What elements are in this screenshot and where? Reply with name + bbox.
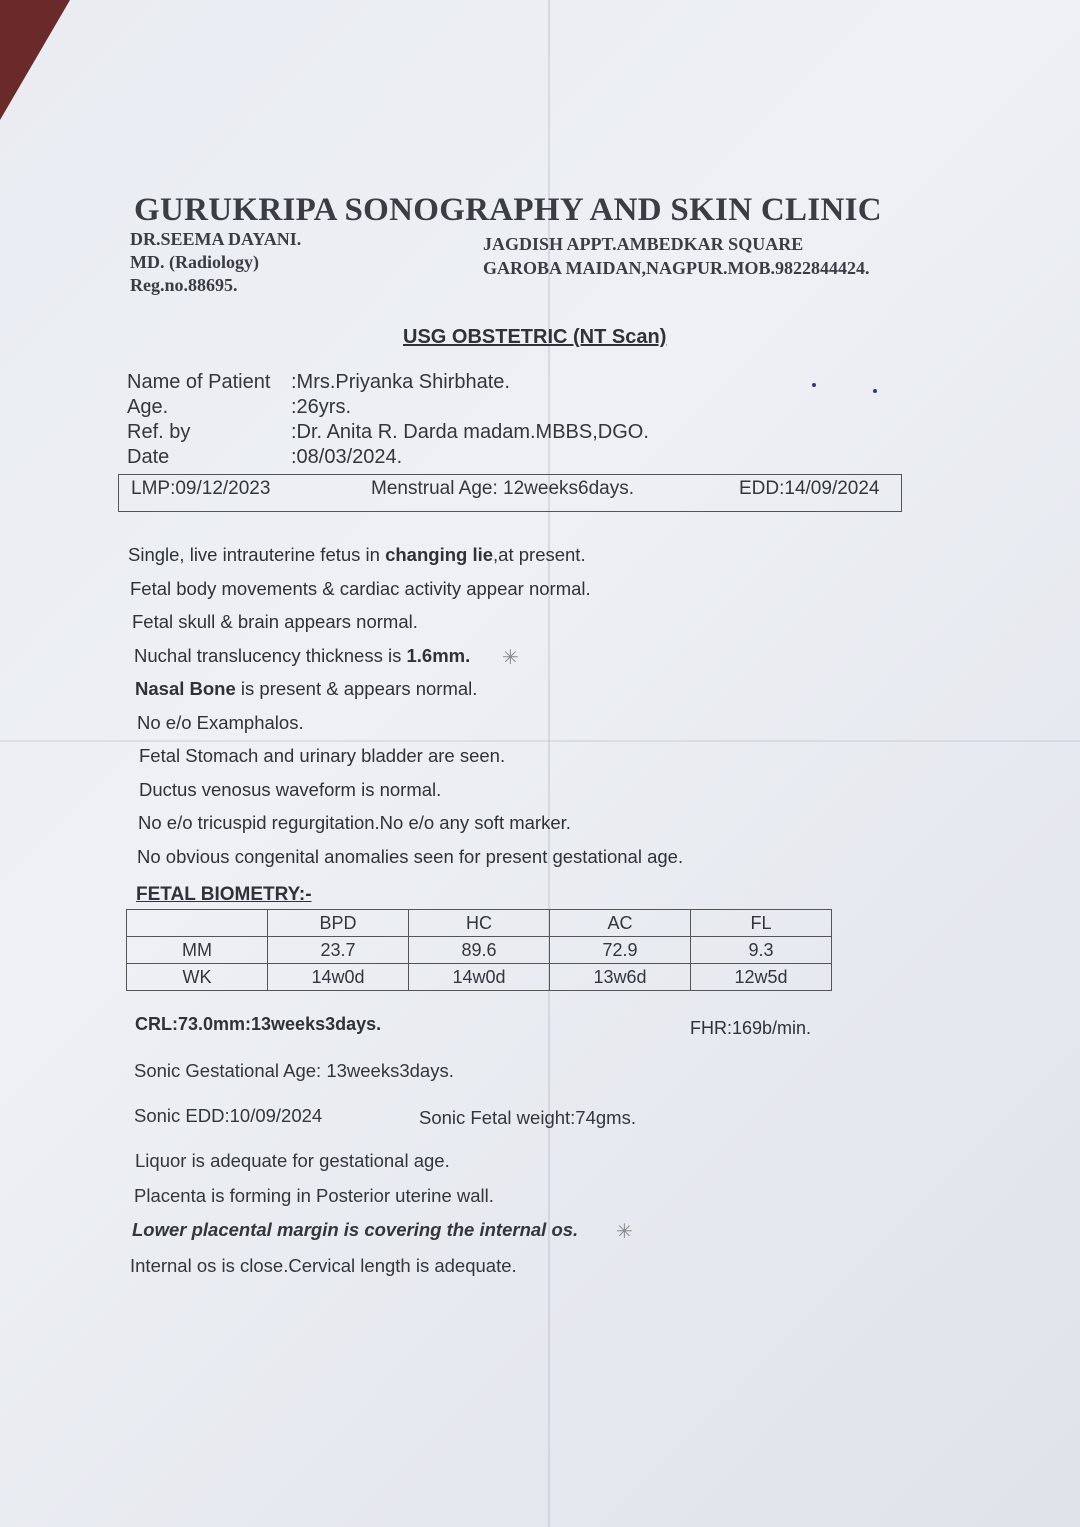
clinic-name: GURUKRIPA SONOGRAPHY AND SKIN CLINIC [134, 192, 882, 229]
ink-dot [812, 383, 816, 387]
biometry-table: BPD HC AC FL MM23.789.672.99.3 WK14w0d14… [126, 909, 832, 991]
finding-item: No e/o Examphalos. [137, 712, 683, 746]
patient-name-label: Name of Patient [127, 370, 291, 395]
dates-box: LMP:09/12/2023 Menstrual Age: 12weeks6da… [118, 474, 902, 512]
finding-item: Nasal Bone is present & appears normal. [135, 678, 683, 712]
menstrual-age: Menstrual Age: 12weeks6days. [371, 478, 634, 500]
address-line-2: GAROBA MAIDAN,NAGPUR.MOB.9822844424. [483, 256, 870, 280]
table-row: WK14w0d14w0d13w6d12w5d [127, 964, 832, 991]
placenta: Placenta is forming in Posterior uterine… [134, 1185, 494, 1207]
finding-item: Fetal Stomach and urinary bladder are se… [139, 745, 683, 779]
registration-number: Reg.no.88695. [130, 274, 301, 297]
doctor-name: DR.SEEMA DAYANI. [130, 228, 301, 251]
patient-details: Name of Patient:Mrs.Priyanka Shirbhate. … [127, 370, 649, 470]
age-value: :26yrs. [291, 395, 351, 420]
finding-item: Fetal skull & brain appears normal. [132, 611, 683, 645]
sonic-gestational-age: Sonic Gestational Age: 13weeks3days. [134, 1060, 454, 1082]
liquor: Liquor is adequate for gestational age. [135, 1150, 450, 1172]
crl: CRL:73.0mm:13weeks3days. [135, 1014, 381, 1035]
finding-item: No e/o tricuspid regurgitation.No e/o an… [138, 812, 683, 846]
biometry-title: FETAL BIOMETRY:- [136, 884, 312, 906]
table-header-row: BPD HC AC FL [127, 910, 832, 937]
placental-margin: Lower placental margin is covering the i… [132, 1219, 578, 1241]
sonic-edd: Sonic EDD:10/09/2024 [134, 1105, 322, 1127]
internal-os: Internal os is close.Cervical length is … [130, 1255, 517, 1277]
age-label: Age. [127, 395, 291, 420]
report-title: USG OBSTETRIC (NT Scan) [403, 326, 666, 349]
finding-item: Nuchal translucency thickness is 1.6mm. [134, 645, 683, 679]
sonic-fetal-weight: Sonic Fetal weight:74gms. [419, 1107, 636, 1129]
finding-item: Ductus venosus waveform is normal. [139, 779, 683, 813]
findings-list: Single, live intrauterine fetus in chang… [128, 544, 683, 879]
finding-item: Single, live intrauterine fetus in chang… [128, 544, 683, 578]
finding-item: Fetal body movements & cardiac activity … [130, 578, 683, 612]
table-row: MM23.789.672.99.3 [127, 937, 832, 964]
handwritten-star-icon: ✳ [616, 1219, 633, 1244]
address-line-1: JAGDISH APPT.AMBEDKAR SQUARE [483, 232, 870, 256]
edd: EDD:14/09/2024 [739, 478, 880, 500]
ink-dot [873, 389, 877, 393]
handwritten-star-icon: ✳ [502, 645, 519, 670]
doctor-qualification: MD. (Radiology) [130, 251, 301, 274]
doctor-info: DR.SEEMA DAYANI. MD. (Radiology) Reg.no.… [130, 228, 301, 297]
ref-value: :Dr. Anita R. Darda madam.MBBS,DGO. [291, 420, 649, 445]
date-label: Date [127, 445, 291, 470]
report-paper: GURUKRIPA SONOGRAPHY AND SKIN CLINIC DR.… [0, 0, 1080, 1527]
clinic-address: JAGDISH APPT.AMBEDKAR SQUARE GAROBA MAID… [483, 232, 870, 280]
finding-item: No obvious congenital anomalies seen for… [137, 846, 683, 880]
date-value: :08/03/2024. [291, 445, 402, 470]
lmp: LMP:09/12/2023 [131, 478, 270, 500]
patient-name-value: :Mrs.Priyanka Shirbhate. [291, 370, 510, 395]
fhr: FHR:169b/min. [690, 1018, 811, 1039]
ref-label: Ref. by [127, 420, 291, 445]
